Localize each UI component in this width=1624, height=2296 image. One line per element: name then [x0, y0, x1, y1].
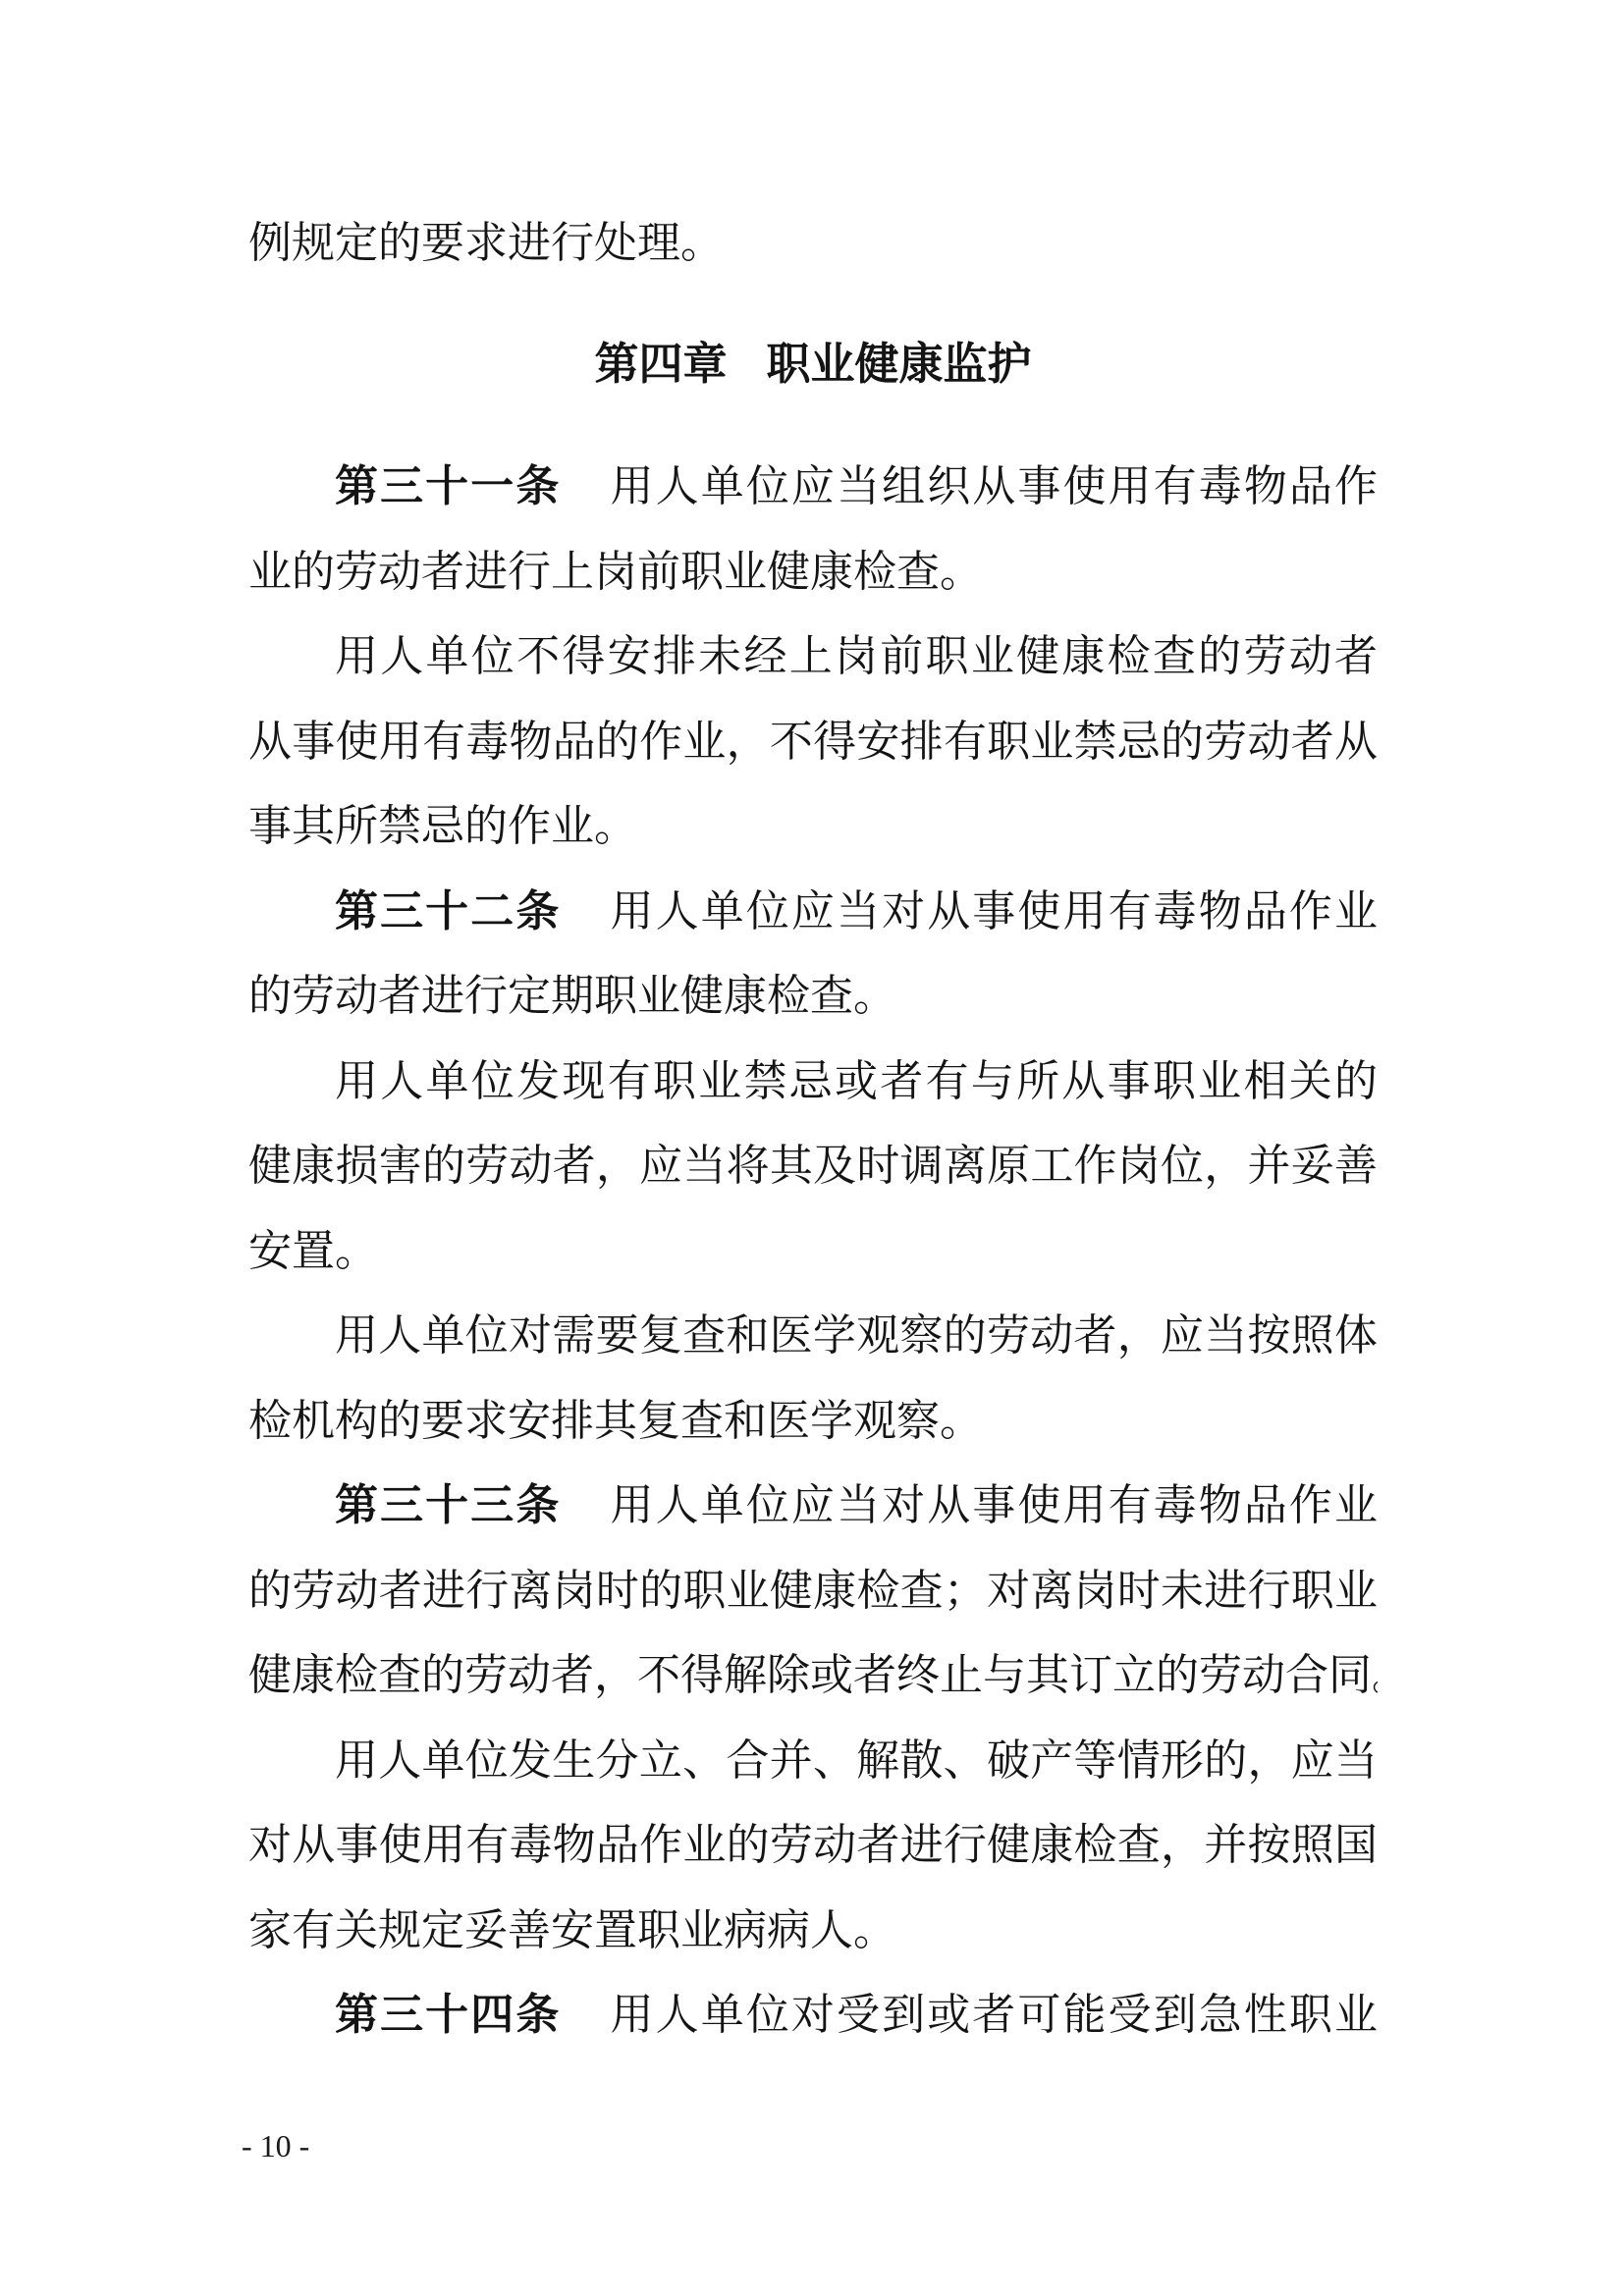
chapter-heading: 第四章职业健康监护	[248, 339, 1378, 390]
chapter-title: 职业健康监护	[767, 339, 1032, 389]
text-line: 从事使用有毒物品的作业，不得安排有职业禁忌的劳动者从	[248, 717, 1378, 772]
line-text: 用人单位对受到或者可能受到急性职业	[608, 1991, 1378, 2039]
text-line: 对从事使用有毒物品作业的劳动者进行健康检查，并按照国	[248, 1820, 1378, 1875]
article-number: 第三十四条	[335, 1991, 561, 2039]
chapter-number: 第四章	[594, 339, 727, 389]
text-line: 用人单位不得安排未经上岗前职业健康检查的劳动者	[248, 631, 1378, 686]
line-text: 用人单位应当组织从事使用有毒物品作	[608, 462, 1378, 510]
text-line: 健康检查的劳动者，不得解除或者终止与其订立的劳动合同。	[248, 1650, 1378, 1705]
text-line: 检机构的要求安排其复查和医学观察。	[248, 1396, 1378, 1451]
line-text: 健康检查的劳动者，不得解除或者终止与其订立的劳动合同。	[248, 1651, 1378, 1699]
text-line: 业的劳动者进行上岗前职业健康检查。	[248, 547, 1378, 602]
line-text: 家有关规定妥善安置职业病病人。	[248, 1906, 896, 1954]
line-text: 例规定的要求进行处理。	[248, 219, 724, 267]
line-text: 用人单位应当对从事使用有毒物品作业	[608, 887, 1378, 935]
line-text: 用人单位不得安排未经上岗前职业健康检查的劳动者	[335, 632, 1378, 680]
line-text: 从事使用有毒物品的作业，不得安排有职业禁忌的劳动者从	[248, 718, 1378, 766]
text-line: 健康损害的劳动者，应当将其及时调离原工作岗位，并妥善	[248, 1141, 1378, 1196]
text-line: 例规定的要求进行处理。	[248, 218, 1378, 273]
document-page: 例规定的要求进行处理。 第四章职业健康监护 第三十一条用人单位应当组织从事使用有…	[0, 0, 1624, 2296]
line-text: 健康损害的劳动者，应当将其及时调离原工作岗位，并妥善	[248, 1142, 1378, 1190]
text-line: 第三十一条用人单位应当组织从事使用有毒物品作	[248, 461, 1378, 516]
heading-gap	[728, 378, 767, 379]
text-line: 的劳动者进行定期职业健康检查。	[248, 971, 1378, 1026]
line-text: 用人单位对需要复查和医学观察的劳动者，应当按照体	[335, 1311, 1378, 1360]
line-text: 事其所禁忌的作业。	[248, 802, 637, 850]
text-line: 第三十二条用人单位应当对从事使用有毒物品作业	[248, 886, 1378, 941]
text-line: 事其所禁忌的作业。	[248, 801, 1378, 856]
article-gap	[561, 1519, 608, 1520]
line-text: 的劳动者进行定期职业健康检查。	[248, 972, 896, 1020]
text-line: 家有关规定妥善安置职业病病人。	[248, 1905, 1378, 1960]
text-line: 的劳动者进行离岗时的职业健康检查；对离岗时未进行职业	[248, 1566, 1378, 1621]
text-line: 第三十三条用人单位应当对从事使用有毒物品作业	[248, 1480, 1378, 1535]
text-line: 用人单位发生分立、合并、解散、破产等情形的，应当	[248, 1735, 1378, 1790]
article-number: 第三十三条	[335, 1481, 561, 1529]
line-text: 用人单位发生分立、合并、解散、破产等情形的，应当	[335, 1736, 1378, 1785]
line-text: 的劳动者进行离岗时的职业健康检查；对离岗时未进行职业	[248, 1567, 1378, 1615]
article-number: 第三十二条	[335, 887, 561, 935]
article-gap	[561, 500, 608, 501]
article-gap	[561, 2028, 608, 2029]
text-line: 用人单位对需要复查和医学观察的劳动者，应当按照体	[248, 1310, 1378, 1365]
page-number: - 10 -	[242, 2128, 309, 2163]
line-text: 业的劳动者进行上岗前职业健康检查。	[248, 548, 983, 596]
line-text: 安置。	[248, 1227, 378, 1275]
line-text: 用人单位应当对从事使用有毒物品作业	[608, 1481, 1378, 1529]
text-line: 第三十四条用人单位对受到或者可能受到急性职业	[248, 1990, 1378, 2045]
line-text: 对从事使用有毒物品作业的劳动者进行健康检查，并按照国	[248, 1821, 1378, 1869]
article-number: 第三十一条	[335, 462, 561, 510]
line-text: 检机构的要求安排其复查和医学观察。	[248, 1397, 983, 1445]
text-line: 用人单位发现有职业禁忌或者有与所从事职业相关的	[248, 1056, 1378, 1111]
text-line: 安置。	[248, 1226, 1378, 1281]
line-text: 用人单位发现有职业禁忌或者有与所从事职业相关的	[335, 1057, 1378, 1105]
article-gap	[561, 925, 608, 926]
